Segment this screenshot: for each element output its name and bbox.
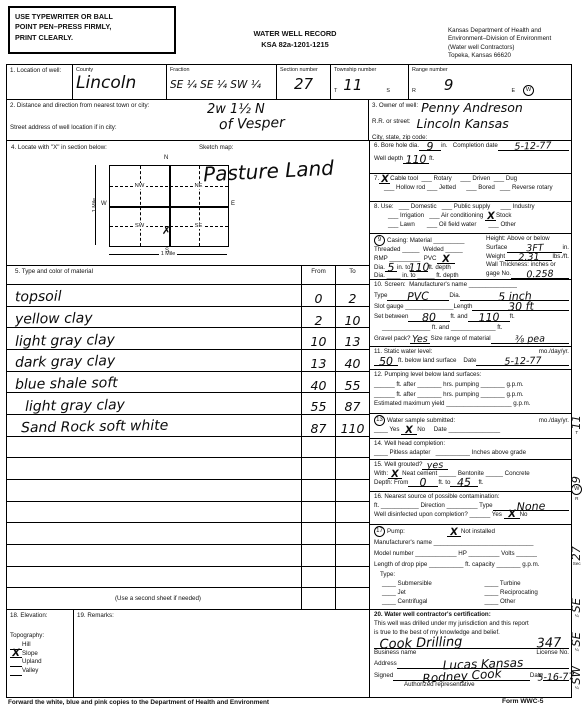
- range-e: E: [511, 88, 515, 95]
- township-cell: Township number T 11 S: [331, 65, 409, 99]
- right-column: 6. Bore hole dia.9in. Completion date5-1…: [369, 141, 571, 697]
- instruction-line: POINT PEN–PRESS FIRMLY,: [15, 22, 169, 32]
- margin-annotations: 11 T 9 W R 27 Sec SE ¼ SE ¼ SW ¼: [571, 410, 585, 706]
- agency-line: Kansas Department of Health and: [448, 27, 580, 35]
- mile-scale-horizontal-label: 1 Mile: [161, 251, 175, 257]
- rr-street-value: Lincoln Kansas: [417, 116, 509, 133]
- static-water-value: 50: [379, 355, 393, 366]
- grout-from-value: 0: [420, 477, 427, 488]
- form-number: Form WWC-5: [502, 698, 543, 705]
- slot-gauge-label: Slot gauge ______________: [374, 303, 453, 312]
- drill-method-options-line2: ___ Hollow rod ___ Jetted ___ Bored ___ …: [384, 184, 569, 193]
- water-sample-label: Water sample submitted:: [387, 417, 455, 426]
- instruction-line: PRINT CLEARLY.: [15, 33, 169, 43]
- use-options-line3: ___ Lawn ___ Oil field water ___ Other: [388, 221, 569, 230]
- locate-label: 4. Locate with "X" in section below:: [11, 144, 107, 152]
- casing-dia-value: 5: [387, 262, 394, 273]
- stock-mark: X: [486, 211, 494, 221]
- county-cell: County Lincoln: [73, 65, 167, 99]
- margin-quarter-value: SE: [571, 598, 583, 613]
- ft-and-label: ft. and: [450, 313, 467, 322]
- well-location-x-mark: ✗: [162, 224, 171, 237]
- table-row: blue shale soft 40 55: [7, 371, 369, 393]
- size-range-value: ⅜ pea: [515, 335, 545, 346]
- section-17-pump: 17Pump:XNot installed Manufacturer's nam…: [370, 524, 572, 609]
- weight-value: 2.31: [518, 253, 539, 263]
- screen-dia-label: Dia.: [449, 292, 460, 301]
- sample-yes-label: ____ Yes: [374, 426, 399, 435]
- margin-township: 11 T: [571, 415, 583, 435]
- section-13-number-circled: 13: [374, 415, 385, 426]
- margin-quarter-2: SE ¼: [571, 632, 583, 652]
- drop-pipe-label: Length of drop pipe __________ ft. capac…: [374, 561, 569, 570]
- not-installed-mark: X: [450, 528, 458, 538]
- table-row: Sand Rock soft white 87 110: [7, 414, 369, 436]
- pump-model-label: Model number ____________ HP _________ V…: [374, 550, 569, 559]
- pvc-mark: X: [441, 254, 449, 264]
- with-label: With:: [374, 470, 388, 479]
- certification-body-line1: This well was drilled under my jurisdict…: [374, 620, 569, 629]
- section-grid-square: NW NE SW SE ✗: [109, 165, 229, 247]
- ft-to-label: ft. to: [438, 479, 450, 488]
- to-value: 55: [345, 379, 361, 393]
- form-title: WATER WELL RECORD: [205, 28, 385, 39]
- gravel-pack-label: Gravel pack?: [374, 335, 410, 344]
- topo-hill-label: Hill: [22, 641, 31, 650]
- section-grid: N S W E 1 Mile NW NE SW SE: [93, 155, 245, 265]
- table-note-row: (Use a second sheet if needed): [7, 587, 369, 609]
- water-well-record-form: USE TYPEWRITER OR BALL POINT PEN–PRESS F…: [0, 0, 585, 710]
- section-12-pumping-level: 12. Pumping level below land surfaces: _…: [370, 369, 572, 413]
- casing-material-label: Casing: Material _________: [387, 237, 464, 246]
- section-16-contamination: 16. Nearest source of possible contamina…: [370, 491, 572, 524]
- business-name-value: Cook Drilling: [379, 636, 462, 652]
- range-r: R: [412, 88, 416, 95]
- quadrant-se-label: SE: [193, 223, 205, 229]
- mile-scale-vertical: 1 Mile: [95, 165, 106, 245]
- to-value: 110: [341, 422, 365, 436]
- remarks-cell: 19. Remarks:: [74, 610, 369, 697]
- material-value: Sand Rock soft white: [21, 419, 169, 436]
- section-number-cell: Section number 27: [277, 65, 331, 99]
- bore-hole-dia-label: 6. Bore hole dia.: [374, 142, 419, 151]
- range-value: 9: [444, 75, 454, 95]
- pump-type-jet: ____ Jet: [382, 589, 467, 598]
- certification-label: 20. Water well contractor's certificatio…: [374, 611, 569, 620]
- second-sheet-note: (Use a second sheet if needed): [7, 588, 301, 609]
- from-value: 10: [311, 335, 327, 349]
- use-options-line1: 8. Use: ___ Domestic ___ Public supply _…: [374, 203, 569, 212]
- set-between-line2: ______________ ft. and _____________ ft.: [382, 324, 569, 333]
- to-value: 10: [345, 314, 361, 328]
- township-label: Township number: [334, 67, 405, 74]
- pump-type-turbine: ____ Turbine: [485, 580, 570, 589]
- screen-length-value: 30 ft: [508, 301, 534, 313]
- distance-cell: 2. Distance and direction from nearest t…: [7, 100, 369, 140]
- mile-scale-vertical-label: 1 Mile: [92, 198, 98, 212]
- signed-label: Signed: [374, 672, 393, 681]
- range-cell: Range number R 9 E W: [409, 65, 571, 99]
- distance-label: 2. Distance and direction from nearest t…: [10, 102, 365, 110]
- margin-quarter-label: ¼: [575, 613, 579, 618]
- from-value: 0: [315, 292, 323, 306]
- instruction-line: USE TYPEWRITER OR BALL: [15, 12, 169, 22]
- set-between-label: Set between: [374, 313, 408, 322]
- ft-label: ft.: [429, 155, 434, 164]
- dia-label: Dia.: [374, 264, 385, 273]
- quadrant-nw-label: NW: [133, 183, 147, 189]
- margin-quarter-label: ¼: [575, 685, 579, 690]
- section-14-well-head: 14. Well head completion: ____ Pitless a…: [370, 438, 572, 459]
- screen-type-value: PVC: [407, 290, 429, 302]
- license-no-value: 347: [536, 637, 561, 651]
- range-w-circled: W: [523, 85, 534, 96]
- margin-quarter-1: SE ¼: [571, 598, 583, 618]
- section-8-use: 8. Use: ___ Domestic ___ Public supply _…: [370, 201, 572, 233]
- remarks-label: 19. Remarks:: [77, 612, 114, 619]
- material-value: topsoil: [15, 290, 62, 306]
- margin-section-value: 27: [571, 546, 583, 561]
- pump-type-label: Type:: [380, 571, 569, 580]
- pumping-line1: ______ ft. after _______ hrs. pumping __…: [374, 381, 569, 390]
- static-water-date-value: 5-12-77: [504, 356, 541, 367]
- township-s: S: [386, 88, 390, 95]
- screen-type-label: Type: [374, 292, 387, 301]
- margin-section-label: Sec: [573, 561, 581, 566]
- material-value: dark gray clay: [15, 354, 115, 370]
- grid-line: [110, 206, 228, 208]
- pump-label: Pump:: [387, 528, 405, 537]
- fraction-value: SE ¼ SE ¼ SW ¼: [170, 78, 273, 92]
- table-row: dark gray clay 13 40: [7, 349, 369, 371]
- quadrant-ne-label: NE: [192, 183, 204, 189]
- ft-label: ft.: [510, 313, 515, 322]
- pumping-line2: ______ ft. after _______ hrs. pumping __…: [374, 391, 569, 400]
- topo-slope-mark: X: [12, 649, 20, 659]
- mo-day-yr-label: mo./day/yr.: [539, 417, 569, 426]
- from-value: 2: [315, 314, 323, 328]
- table-row: topsoil 0 2: [7, 284, 369, 306]
- material-value: yellow clay: [15, 311, 93, 327]
- sample-no-mark: X: [405, 426, 413, 436]
- drill-method-options-line1: Cable tool ___ Rotary ___ Driven ___ Dug: [390, 175, 517, 184]
- pumping-level-label: 12. Pumping level below land surfaces:: [374, 371, 569, 380]
- bore-hole-dia-value: 9: [426, 141, 433, 152]
- grout-to-value: 45: [457, 477, 471, 488]
- agency-line: (Water well Contractors): [448, 44, 580, 52]
- form-code: KSA 82a-1201-1215: [205, 39, 385, 50]
- material-value: light gray clay: [15, 333, 115, 349]
- completion-date-value: 5-12-77: [515, 142, 552, 153]
- material-column-header: 5. Type and color of material: [7, 266, 301, 284]
- elevation-cell: 18. Elevation: Topography: Hill XSlope U…: [7, 610, 74, 697]
- section-9-casing: 9Casing: Material _________ Threaded ___…: [370, 233, 572, 279]
- margin-range: 9 W R: [571, 476, 583, 501]
- rr-street-label: R.R. or street:: [372, 118, 411, 126]
- margin-township-label: T: [575, 430, 578, 435]
- grid-line: [110, 186, 228, 187]
- cable-tool-mark: X: [381, 175, 389, 185]
- compass-east-label: E: [231, 201, 235, 207]
- from-column-header: From: [301, 266, 335, 284]
- margin-quarter-3: SW ¼: [571, 666, 583, 690]
- township-value: 11: [343, 75, 362, 95]
- instruction-box: USE TYPEWRITER OR BALL POINT PEN–PRESS F…: [8, 6, 176, 54]
- distance-value-line2: of Vesper: [219, 114, 285, 135]
- material-table-header: 5. Type and color of material From To: [7, 266, 369, 284]
- table-row-empty: [7, 457, 369, 479]
- topo-upland-label: Upland: [22, 658, 42, 667]
- distance-owner-row: 2. Distance and direction from nearest t…: [7, 100, 571, 141]
- township-t: T: [334, 88, 337, 95]
- elevation-remarks-row: 18. Elevation: Topography: Hill XSlope U…: [7, 609, 369, 697]
- section-11-static-water: 11. Static water level:mo./day/yr. 50ft.…: [370, 346, 572, 369]
- contamination-type-label: ft. ___________ Direction _________ Type: [374, 502, 493, 511]
- section-9-number-circled: 9: [374, 235, 385, 246]
- section-locator-area: 4. Locate with "X" in section below: Ske…: [7, 141, 369, 265]
- table-row-empty: [7, 522, 369, 544]
- stock-label: Stock: [496, 212, 511, 221]
- margin-quarter-label: ¼: [575, 647, 579, 652]
- section-number-value: 27: [280, 74, 327, 94]
- topo-valley-label: Valley: [22, 667, 38, 676]
- material-value: light gray clay: [25, 398, 125, 414]
- elevation-label: 18. Elevation:: [10, 612, 70, 620]
- divider: [177, 254, 227, 255]
- table-row-empty: [7, 436, 369, 458]
- section-10-screen: 10. Screen: Manufacturer's name ________…: [370, 279, 572, 346]
- topography-label: Topography:: [10, 632, 70, 640]
- gage-no-label: gage No.: [486, 270, 511, 279]
- estimated-yield-label: Estimated maximum yield ________________…: [374, 400, 569, 409]
- address-label: Address: [374, 660, 397, 669]
- divider: [109, 254, 159, 255]
- margin-range-value: 9: [571, 476, 583, 483]
- table-row-empty: [7, 566, 369, 588]
- county-value: Lincoln: [76, 72, 163, 95]
- table-row: light gray clay 55 87: [7, 392, 369, 414]
- material-value: blue shale soft: [15, 376, 118, 392]
- completion-date-label: in. Completion date: [441, 142, 498, 151]
- to-value: 2: [349, 292, 357, 306]
- agency-line: Environment–Division of Environment: [448, 35, 580, 43]
- set-between-to-value: 110: [478, 312, 499, 324]
- margin-quarter-value: SW: [571, 666, 583, 685]
- location-label-cell: 1. Location of well:: [7, 65, 73, 99]
- table-row-empty: [7, 501, 369, 523]
- quadrant-sw-label: SW: [133, 223, 146, 229]
- mile-scale-horizontal: 1 Mile: [109, 251, 227, 257]
- margin-range-w-circled: W: [571, 484, 582, 495]
- sketch-map-label: Sketch map:: [199, 144, 233, 152]
- well-head-label: 14. Well head completion:: [374, 440, 569, 449]
- margin-range-label: R: [575, 496, 578, 501]
- topo-slope-label: Slope: [22, 650, 38, 659]
- table-row-empty: [7, 544, 369, 566]
- disinfected-label: Well disinfected upon completion? ______…: [374, 511, 502, 520]
- pump-type-submersible: ____ Submersible: [382, 580, 467, 589]
- screen-manufacturer-label: 10. Screen: Manufacturer's name ________…: [374, 281, 569, 290]
- to-value: 13: [345, 335, 361, 349]
- table-row-empty: [7, 479, 369, 501]
- agency-line: Topeka, Kansas 66620: [448, 52, 580, 60]
- size-range-label: Size range of material: [430, 335, 490, 344]
- section-7-drill-method: 7.XCable tool ___ Rotary ___ Driven ___ …: [370, 173, 572, 201]
- weight-label: Weight: [486, 253, 505, 262]
- well-grouted-value: yes: [427, 461, 444, 471]
- threaded-welded-line: Threaded _____ Welded _____: [374, 246, 486, 255]
- well-depth-label: Well depth: [374, 155, 403, 164]
- form-title-block: WATER WELL RECORD KSA 82a-1201-1215: [205, 28, 385, 50]
- fraction-label: Fraction: [170, 67, 273, 74]
- from-value: 87: [311, 422, 327, 436]
- location-label: 1. Location of well:: [10, 67, 61, 74]
- disinfected-no-mark: X: [508, 510, 516, 520]
- form-body: 1. Location of well: County Lincoln Frac…: [6, 64, 572, 698]
- from-value: 55: [311, 400, 327, 414]
- from-value: 40: [311, 379, 327, 393]
- neat-cement-mark: X: [391, 469, 399, 479]
- distribution-note: Forward the white, blue and pink copies …: [8, 699, 269, 706]
- agency-address-block: Kansas Department of Health and Environm…: [448, 27, 580, 60]
- well-depth-value: 110: [405, 153, 426, 165]
- compass-north-label: N: [164, 155, 168, 161]
- owner-label: 3. Owner of well:: [372, 102, 418, 110]
- pump-type-reciprocating: ____ Reciprocating: [485, 589, 570, 598]
- margin-section: 27 Sec: [571, 546, 583, 566]
- pump-manufacturer-label: Manufacturer's name ____________________…: [374, 539, 569, 548]
- from-value: 13: [311, 357, 327, 371]
- to-value: 40: [345, 357, 361, 371]
- owner-value: Penny Andreson: [421, 100, 523, 117]
- pump-type-centrifugal: ____ Centrifugal: [382, 598, 467, 607]
- section-17-number-circled: 17: [374, 526, 385, 537]
- margin-township-value: 11: [571, 415, 583, 430]
- lbs-ft-label: lbs./ft.: [552, 253, 569, 262]
- mo-day-yr-label: mo./day/yr.: [539, 348, 569, 357]
- street-address-label: Street address of well location if in ci…: [10, 124, 365, 132]
- location-row: 1. Location of well: County Lincoln Frac…: [7, 65, 571, 100]
- table-row: yellow clay 2 10: [7, 306, 369, 328]
- material-table: 5. Type and color of material From To to…: [7, 265, 369, 609]
- table-row: light gray clay 10 13: [7, 327, 369, 349]
- pump-type-other: ____ Other: [485, 598, 570, 607]
- section-13-water-sample: 13Water sample submitted:mo./day/yr. ___…: [370, 413, 572, 438]
- to-value: 87: [345, 400, 361, 414]
- range-label: Range number: [412, 67, 568, 74]
- section-20-certification: 20. Water well contractor's certificatio…: [370, 609, 572, 697]
- grid-line: [140, 166, 141, 246]
- ft-label: ft.: [478, 479, 483, 488]
- section-6-bore-hole: 6. Bore hole dia.9in. Completion date5-1…: [370, 141, 572, 173]
- grid-line: [199, 166, 200, 246]
- sample-no-date-label: No Date _______________: [417, 426, 500, 435]
- not-installed-label: Not installed: [461, 528, 495, 537]
- section-number-label: Section number: [280, 67, 327, 74]
- use-options-line2: ___ Irrigation ___ Air conditioning: [388, 212, 483, 221]
- length-label: Length: [453, 303, 472, 312]
- section-15-grouted: 15. Well grouted?yes With:XNeat cement _…: [370, 459, 572, 491]
- set-between-from-value: 80: [422, 312, 436, 323]
- contamination-type-value: None: [516, 500, 545, 512]
- to-column-header: To: [335, 266, 369, 284]
- in-label: in.: [562, 244, 569, 253]
- fraction-cell: Fraction SE ¼ SE ¼ SW ¼: [167, 65, 277, 99]
- below-land-surface-label: ft. below land surface Date: [398, 357, 476, 366]
- casing-depth-value: 110: [409, 262, 430, 274]
- margin-quarter-value: SE: [571, 632, 583, 647]
- gravel-pack-value: Yes: [413, 335, 429, 345]
- pitless-adapter-line: ____ Pitless adapter __________ Inches a…: [374, 449, 569, 458]
- surface-label: Surface: [486, 244, 507, 253]
- owner-cell: 3. Owner of well: Penny Andreson R.R. or…: [369, 100, 571, 140]
